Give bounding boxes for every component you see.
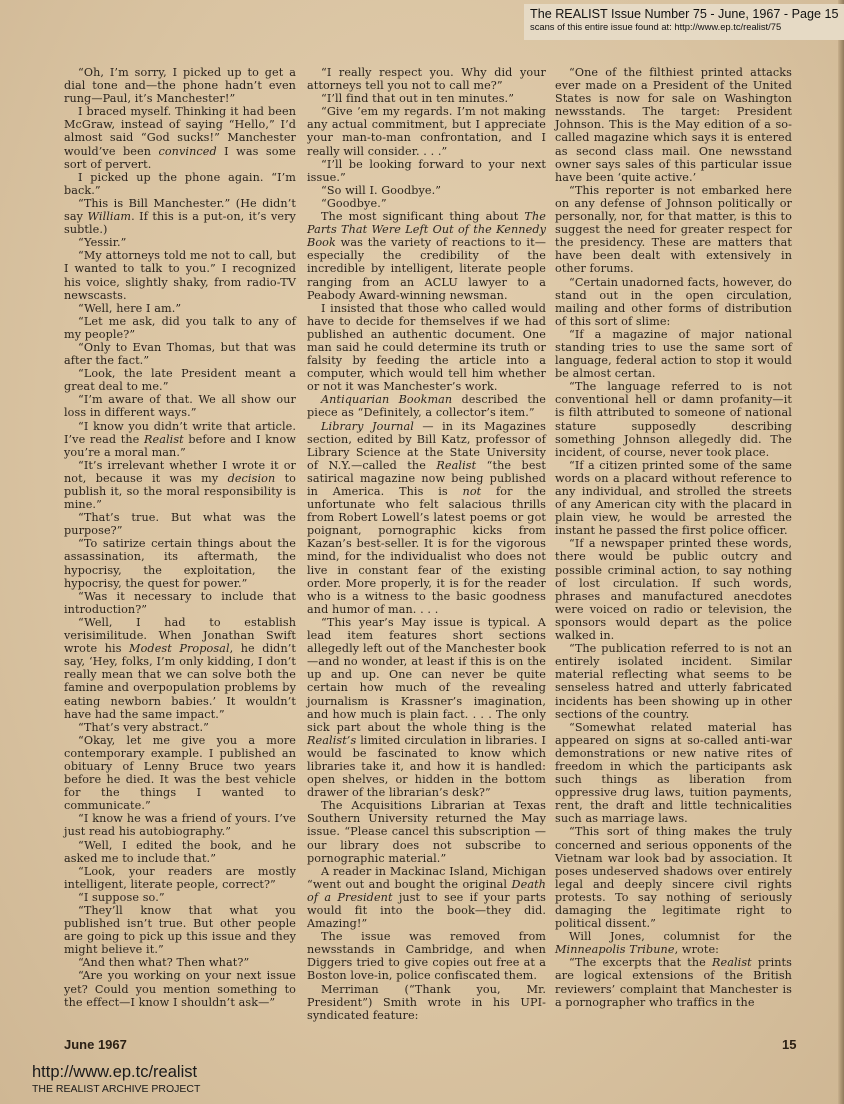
paragraph: I insisted that those who called would h… xyxy=(307,302,546,394)
text-run: “To satirize certain things about the as… xyxy=(64,537,296,589)
paragraph: “It’s irrelevant whether I wrote it or n… xyxy=(64,459,296,511)
text-run: “Oh, I’m sorry, I picked up to get a dia… xyxy=(64,66,296,105)
paragraph: “Was it necessary to include that introd… xyxy=(64,590,296,616)
scan-header: The REALIST Issue Number 75 - June, 1967… xyxy=(524,4,844,40)
text-run: , wrote: xyxy=(675,943,719,956)
paragraph: “This year’s May issue is typical. A lea… xyxy=(307,616,546,799)
italic-text-run: Realist xyxy=(436,459,476,472)
italic-text-run: William xyxy=(87,210,131,223)
text-run: “This reporter is not embarked here on a… xyxy=(555,184,792,276)
italic-text-run: decision xyxy=(228,472,276,485)
paragraph: “My attorneys told me not to call, but I… xyxy=(64,249,296,301)
paragraph: “Well, here I am.” xyxy=(64,302,296,315)
paragraph: “This reporter is not embarked here on a… xyxy=(555,184,792,276)
italic-text-run: Library Journal xyxy=(321,420,414,433)
text-run: “My attorneys told me not to call, but I… xyxy=(64,249,296,301)
text-run: “Look, the late President meant a great … xyxy=(64,367,296,393)
paragraph: “Goodbye.” xyxy=(307,197,546,210)
paragraph: “That’s true. But what was the purpose?” xyxy=(64,511,296,537)
paragraph: “That’s very abstract.” xyxy=(64,721,296,734)
paragraph: “I’ll be looking forward to your next is… xyxy=(307,158,546,184)
paragraph: The most significant thing about The Par… xyxy=(307,210,546,302)
text-run: A reader in Mackinac Island, Michigan “w… xyxy=(307,865,546,891)
page-number: 15 xyxy=(782,1037,796,1052)
paragraph: “Are you working on your next issue yet?… xyxy=(64,969,296,1008)
text-run: “Are you working on your next issue yet?… xyxy=(64,969,296,1008)
paragraph: “I know you didn’t write that article. I… xyxy=(64,420,296,459)
paragraph: “They’ll know that what you published is… xyxy=(64,904,296,956)
paragraph: “Well, I edited the book, and he asked m… xyxy=(64,839,296,865)
italic-text-run: Antiquarian Bookman xyxy=(321,393,452,406)
paragraph: Merriman (“Thank you, Mr. President”) Sm… xyxy=(307,983,546,1022)
italic-text-run: Realist xyxy=(144,433,184,446)
text-run: “So will I. Goodbye.” xyxy=(321,184,441,197)
text-run: “Give ’em my regards. I’m not making any… xyxy=(307,105,546,157)
italic-text-run: Realist xyxy=(712,956,752,969)
text-run: “That’s very abstract.” xyxy=(78,721,209,734)
paragraph: “I know he was a friend of yours. I’ve j… xyxy=(64,812,296,838)
paragraph: I braced myself. Thinking it had been Mc… xyxy=(64,105,296,170)
text-run: “If a newspaper printed these words, the… xyxy=(555,537,792,642)
text-run: “Somewhat related material has appeared … xyxy=(555,721,792,826)
text-run: “I know he was a friend of yours. I’ve j… xyxy=(64,812,296,838)
paragraph: The issue was removed from newsstands in… xyxy=(307,930,546,982)
text-run: “This sort of thing makes the truly conc… xyxy=(555,825,792,930)
paragraph: “Only to Evan Thomas, but that was after… xyxy=(64,341,296,367)
text-run: “I suppose so.” xyxy=(78,891,165,904)
text-run: for the unfortunate who felt salacious t… xyxy=(307,485,546,616)
paragraph: “If a magazine of major national standin… xyxy=(555,328,792,380)
text-run: “This year’s May issue is typical. A lea… xyxy=(307,616,546,734)
text-run: “If a magazine of major national standin… xyxy=(555,328,792,380)
article-column-2: “I really respect you. Why did your atto… xyxy=(307,66,546,1022)
article-column-3: “One of the filthiest printed attacks ev… xyxy=(555,66,792,1009)
text-run: “That’s true. But what was the purpose?” xyxy=(64,511,296,537)
paragraph: Will Jones, columnist for the Minneapoli… xyxy=(555,930,792,956)
paragraph: “Look, your readers are mostly intellige… xyxy=(64,865,296,891)
paragraph: The Acquisitions Librarian at Texas Sout… xyxy=(307,799,546,864)
paragraph: “Give ’em my regards. I’m not making any… xyxy=(307,105,546,157)
paragraph: “I suppose so.” xyxy=(64,891,296,904)
paragraph: A reader in Mackinac Island, Michigan “w… xyxy=(307,865,546,930)
text-run: “I’ll be looking forward to your next is… xyxy=(307,158,546,184)
text-run: “Only to Evan Thomas, but that was after… xyxy=(64,341,296,367)
paragraph: “So will I. Goodbye.” xyxy=(307,184,546,197)
paragraph: “Somewhat related material has appeared … xyxy=(555,721,792,826)
paragraph: “To satirize certain things about the as… xyxy=(64,537,296,589)
text-run: “The excerpts that the xyxy=(569,956,712,969)
text-run: “The publication referred to is not an e… xyxy=(555,642,792,720)
paragraph: “I’ll find that out in ten minutes.” xyxy=(307,92,546,105)
italic-text-run: Minneapolis Tribune xyxy=(555,943,675,956)
paragraph: “One of the filthiest printed attacks ev… xyxy=(555,66,792,184)
text-run: “Let me ask, did you talk to any of my p… xyxy=(64,315,296,341)
text-run: “They’ll know that what you published is… xyxy=(64,904,296,956)
text-run: “Yessir.” xyxy=(78,236,126,249)
italic-text-run: Realist’s xyxy=(307,734,356,747)
text-run: “Well, here I am.” xyxy=(78,302,181,315)
article-column-1: “Oh, I’m sorry, I picked up to get a dia… xyxy=(64,66,296,1009)
text-run: was the variety of reactions to it—espec… xyxy=(307,236,546,301)
italic-text-run: not xyxy=(463,485,482,498)
paragraph: “I really respect you. Why did your atto… xyxy=(307,66,546,92)
paragraph: “The excerpts that the Realist prints ar… xyxy=(555,956,792,1008)
text-run: “Okay, let me give you a more contempora… xyxy=(64,734,296,812)
text-run: I insisted that those who called would h… xyxy=(307,302,546,394)
text-run: Will Jones, columnist for the xyxy=(569,930,792,943)
page-edge-shadow xyxy=(838,0,844,1104)
text-run: “I’ll find that out in ten minutes.” xyxy=(321,92,514,105)
paragraph: “Let me ask, did you talk to any of my p… xyxy=(64,315,296,341)
text-run: “Well, I edited the book, and he asked m… xyxy=(64,839,296,865)
paragraph: Antiquarian Bookman described the piece … xyxy=(307,393,546,419)
footer-date: June 1967 xyxy=(64,1037,127,1052)
paragraph: “Okay, let me give you a more contempora… xyxy=(64,734,296,813)
text-run: “If a citizen printed some of the same w… xyxy=(555,459,792,537)
text-run: “Goodbye.” xyxy=(321,197,387,210)
paragraph: “Certain unadorned facts, however, do st… xyxy=(555,276,792,328)
scan-source-link[interactable]: scans of this entire issue found at: htt… xyxy=(530,21,844,33)
text-run: “Look, your readers are mostly intellige… xyxy=(64,865,296,891)
paragraph: “Oh, I’m sorry, I picked up to get a dia… xyxy=(64,66,296,105)
text-run: The issue was removed from newsstands in… xyxy=(307,930,546,982)
text-run: “I’m aware of that. We all show our loss… xyxy=(64,393,296,419)
paragraph: “The publication referred to is not an e… xyxy=(555,642,792,721)
archive-url-link[interactable]: http://www.ep.tc/realist xyxy=(32,1063,197,1082)
text-run: Merriman (“Thank you, Mr. President”) Sm… xyxy=(307,983,546,1022)
italic-text-run: convinced xyxy=(158,145,216,158)
paragraph: Library Journal — in its Magazines secti… xyxy=(307,420,546,616)
text-run: “And then what? Then what?” xyxy=(78,956,249,969)
paragraph: “And then what? Then what?” xyxy=(64,956,296,969)
text-run: “Was it necessary to include that introd… xyxy=(64,590,296,616)
paragraph: I picked up the phone again. “I’m back.” xyxy=(64,171,296,197)
paragraph: “I’m aware of that. We all show our loss… xyxy=(64,393,296,419)
text-run: “I really respect you. Why did your atto… xyxy=(307,66,546,92)
paragraph: “Well, I had to establish verisimilitude… xyxy=(64,616,296,721)
text-run: “The language referred to is not convent… xyxy=(555,380,792,458)
text-run: “Certain unadorned facts, however, do st… xyxy=(555,276,792,328)
paragraph: “Look, the late President meant a great … xyxy=(64,367,296,393)
paragraph: “Yessir.” xyxy=(64,236,296,249)
text-run: “One of the filthiest printed attacks ev… xyxy=(555,66,792,184)
text-run: I picked up the phone again. “I’m back.” xyxy=(64,171,296,197)
scan-title: The REALIST Issue Number 75 - June, 1967… xyxy=(530,7,844,21)
italic-text-run: Modest Proposal xyxy=(129,642,230,655)
text-run: The most significant thing about xyxy=(321,210,524,223)
paragraph: “The language referred to is not convent… xyxy=(555,380,792,459)
paragraph: “This is Bill Manchester.” (He didn’t sa… xyxy=(64,197,296,236)
paragraph: “If a newspaper printed these words, the… xyxy=(555,537,792,642)
archive-project-name: THE REALIST ARCHIVE PROJECT xyxy=(32,1083,200,1095)
text-run: The Acquisitions Librarian at Texas Sout… xyxy=(307,799,546,864)
paragraph: “If a citizen printed some of the same w… xyxy=(555,459,792,538)
paragraph: “This sort of thing makes the truly conc… xyxy=(555,825,792,930)
